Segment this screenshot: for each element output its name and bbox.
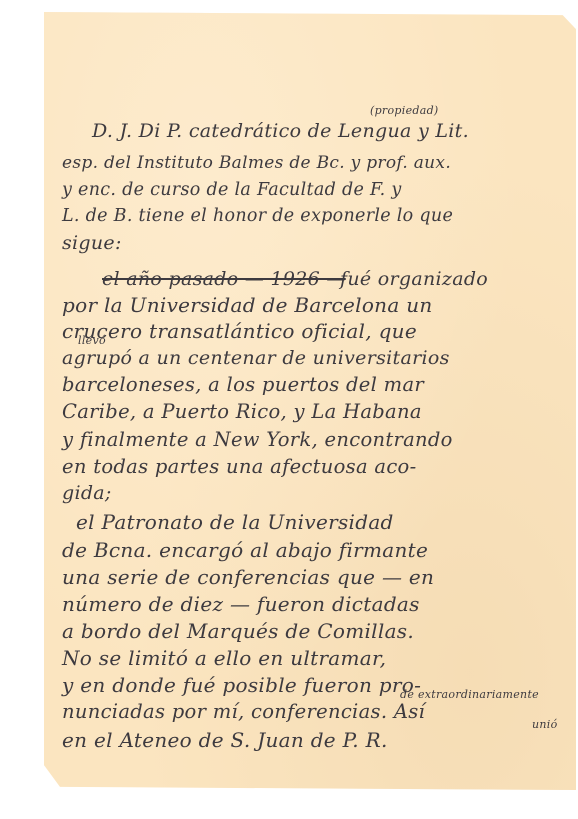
line-7: por la Universidad de Barcelona un [62, 293, 433, 317]
line-13: en todas partes una afectuosa aco- [62, 455, 417, 478]
line-12: y finalmente a New York, encontrando [62, 428, 453, 451]
line-18: número de diez — fueron dictadas [62, 592, 420, 616]
line-2: esp. del Instituto Balmes de Bc. y prof.… [62, 153, 451, 173]
line-20: No se limitó a ello en ultramar, [62, 646, 386, 670]
line-11: Caribe, a Puerto Rico, y La Habana [62, 400, 422, 423]
line-19: a bordo del Marqués de Comillas. [62, 619, 414, 643]
line-5: sigue: [62, 232, 122, 254]
line-10: barceloneses, a los puertos del mar [62, 373, 424, 396]
line-1: D. J. Di P. catedrático de Lengua y Lit. [92, 120, 469, 142]
line-22: nunciadas por mí, conferencias. Así [62, 700, 425, 723]
line-14: gida; [62, 482, 112, 504]
line-9: agrupó a un centenar de universitarios [62, 347, 450, 369]
insertion-propiedad: (propiedad) [370, 104, 439, 117]
line-21: y en donde fué posible fueron pro- [62, 673, 421, 697]
line-3: y enc. de curso de la Facultad de F. y [62, 180, 402, 200]
line-4: L. de B. tiene el honor de exponerle lo … [62, 206, 453, 226]
line-6-struck: el año pasado — 1926 — [102, 268, 346, 290]
line-16: de Bcna. encargó al abajo firmante [62, 538, 428, 562]
line-15: el Patronato de la Universidad [76, 510, 394, 534]
line-23: en el Ateneo de S. Juan de P. R. [62, 728, 388, 752]
line-6-tail: fué organizado [340, 268, 488, 290]
handwritten-text: (propiedad) D. J. Di P. catedrático de L… [0, 0, 578, 819]
margin-note-unio: unió [532, 718, 558, 731]
insertion-llevo: llevó [78, 334, 106, 347]
line-8: crucero transatlántico oficial, que [62, 319, 417, 343]
line-17: una serie de conferencias que — en [62, 565, 434, 589]
struck-phrase: el año pasado — 1926 — [102, 268, 346, 290]
